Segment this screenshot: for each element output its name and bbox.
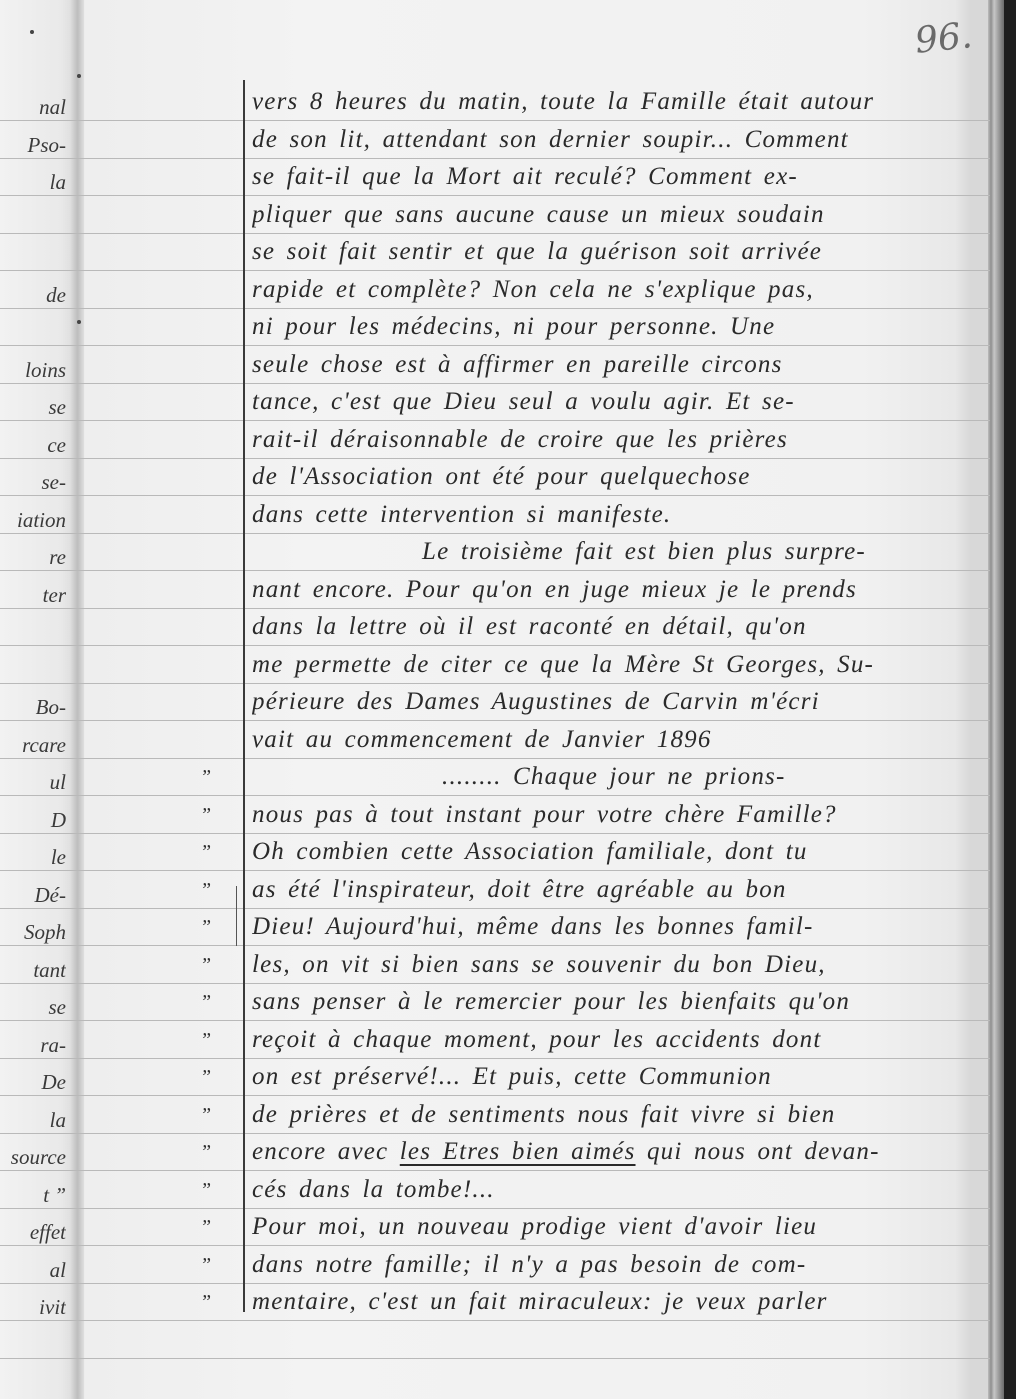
ink-spot (30, 30, 34, 34)
facing-page-fragment: source (0, 1142, 66, 1172)
ruled-line (0, 1095, 990, 1096)
facing-page-fragment: se- (0, 467, 66, 497)
facing-page-fragment: rcare (0, 730, 66, 760)
manuscript-line: rait-il déraisonnable de croire que les … (252, 422, 992, 458)
manuscript-line: seule chose est à affirmer en pareille c… (252, 347, 992, 383)
ruled-line (0, 645, 990, 646)
manuscript-line: dans la lettre où il est raconté en déta… (252, 609, 992, 645)
quote-mark: ” (200, 1247, 230, 1283)
manuscript-line: tance, c'est que Dieu seul a voulu agir.… (252, 384, 992, 420)
manuscript-line: Oh combien cette Association familiale, … (252, 834, 992, 870)
manuscript-line: de prières et de sentiments nous fait vi… (252, 1097, 992, 1133)
facing-page-fragment: D (0, 805, 66, 835)
manuscript-line: de l'Association ont été pour quelquecho… (252, 459, 992, 495)
book-gutter (70, 0, 84, 1399)
facing-page-fragment: De (0, 1067, 66, 1097)
facing-page-fragment: se (0, 392, 66, 422)
manuscript-page: 96. nalPso-ladeloinssecese-iationreterBo… (0, 0, 1016, 1399)
facing-page-fragment: loins (0, 355, 66, 385)
quote-mark: ” (200, 1209, 230, 1245)
facing-page-fragment: se (0, 992, 66, 1022)
facing-page-fragment: ra- (0, 1030, 66, 1060)
quote-mark: ” (200, 1172, 230, 1208)
ruled-line (0, 870, 990, 871)
ruled-line (0, 720, 990, 721)
facing-page-fragment: la (0, 167, 66, 197)
manuscript-line: sans penser à le remercier pour les bien… (252, 984, 992, 1020)
manuscript-line: rapide et complète? Non cela ne s'expliq… (252, 272, 992, 308)
quote-mark: ” (200, 984, 230, 1020)
binding-hole (77, 320, 81, 324)
facing-page-fragment: nal (0, 92, 66, 122)
manuscript-line: me permette de citer ce que la Mère St G… (252, 647, 992, 683)
quote-mark: ” (200, 1097, 230, 1133)
manuscript-line: nous pas à tout instant pour votre chère… (252, 797, 992, 833)
facing-page-fragment: re (0, 542, 66, 572)
facing-page-fragment: Soph (0, 917, 66, 947)
facing-page-fragment: ce (0, 430, 66, 460)
manuscript-line: encore avec les Etres bien aimés qui nou… (252, 1134, 992, 1170)
book-binding (1004, 0, 1016, 1399)
facing-page-fragment: iation (0, 505, 66, 535)
quote-mark: ” (200, 759, 230, 795)
ruled-line (0, 1020, 990, 1021)
facing-page-fragment: Pso- (0, 130, 66, 160)
manuscript-line: dans cette intervention si manifeste. (252, 497, 992, 533)
ruled-line (0, 945, 990, 946)
binding-hole (77, 74, 81, 78)
quote-mark: ” (200, 1134, 230, 1170)
manuscript-line: se soit fait sentir et que la guérison s… (252, 234, 992, 270)
ruled-line (0, 270, 990, 271)
facing-page-fragment: ter (0, 580, 66, 610)
margin-rule-secondary (236, 886, 237, 946)
line-text: qui nous ont devan- (636, 1138, 880, 1165)
quote-mark: ” (200, 834, 230, 870)
manuscript-line: on est préservé!... Et puis, cette Commu… (252, 1059, 992, 1095)
manuscript-line: cés dans la tombe!... (252, 1172, 992, 1208)
facing-page-fragment: tant (0, 955, 66, 985)
facing-page-fragment: le (0, 842, 66, 872)
ruled-line (0, 795, 990, 796)
quote-mark: ” (200, 1059, 230, 1095)
facing-page-fragment: al (0, 1255, 66, 1285)
manuscript-line: ni pour les médecins, ni pour personne. … (252, 309, 992, 345)
manuscript-line: vers 8 heures du matin, toute la Famille… (252, 84, 992, 120)
ruled-line (0, 1245, 990, 1246)
manuscript-line: reçoit à chaque moment, pour les acciden… (252, 1022, 992, 1058)
facing-page-fragment: t ” (0, 1180, 66, 1210)
manuscript-line: Le troisième fait est bien plus surpre- (252, 534, 992, 570)
ruled-line (0, 1358, 990, 1359)
quote-mark: ” (200, 1022, 230, 1058)
manuscript-line: vait au commencement de Janvier 1896 (252, 722, 992, 758)
manuscript-line: les, on vit si bien sans se souvenir du … (252, 947, 992, 983)
manuscript-line: Pour moi, un nouveau prodige vient d'avo… (252, 1209, 992, 1245)
manuscript-line: ........ Chaque jour ne prions- (252, 759, 992, 795)
ruled-line (0, 120, 990, 121)
manuscript-line: nant encore. Pour qu'on en juge mieux je… (252, 572, 992, 608)
manuscript-line: mentaire, c'est un fait miraculeux: je v… (252, 1284, 992, 1320)
quote-mark: ” (200, 947, 230, 983)
manuscript-line: se fait-il que la Mort ait reculé? Comme… (252, 159, 992, 195)
quote-mark: ” (200, 1284, 230, 1320)
manuscript-line: dans notre famille; il n'y a pas besoin … (252, 1247, 992, 1283)
manuscript-line: périeure des Dames Augustines de Carvin … (252, 684, 992, 720)
facing-page-fragment: de (0, 280, 66, 310)
manuscript-line: Dieu! Aujourd'hui, même dans les bonnes … (252, 909, 992, 945)
quote-mark: ” (200, 797, 230, 833)
facing-page-fragment: ivit (0, 1292, 66, 1322)
facing-page-fragment: effet (0, 1217, 66, 1247)
page-number: 96. (913, 15, 974, 62)
quote-mark: ” (200, 872, 230, 908)
ruled-line (0, 1170, 990, 1171)
line-text: encore avec (252, 1138, 400, 1165)
ruled-line (0, 345, 990, 346)
ruled-line (0, 195, 990, 196)
ruled-line (0, 1320, 990, 1321)
manuscript-line: de son lit, attendant son dernier soupir… (252, 122, 992, 158)
facing-page-fragment: la (0, 1105, 66, 1135)
ruled-line (0, 495, 990, 496)
ruled-line (0, 570, 990, 571)
manuscript-line: pliquer que sans aucune cause un mieux s… (252, 197, 992, 233)
underlined-text: les Etres bien aimés (400, 1138, 636, 1165)
facing-page-fragment: ul (0, 767, 66, 797)
quote-mark: ” (200, 909, 230, 945)
facing-page-fragment: Dé- (0, 880, 66, 910)
manuscript-line: as été l'inspirateur, doit être agréable… (252, 872, 992, 908)
page-edge-shadow (994, 0, 1004, 1399)
ruled-line (0, 420, 990, 421)
facing-page-fragment: Bo- (0, 692, 66, 722)
margin-rule (243, 80, 245, 1312)
